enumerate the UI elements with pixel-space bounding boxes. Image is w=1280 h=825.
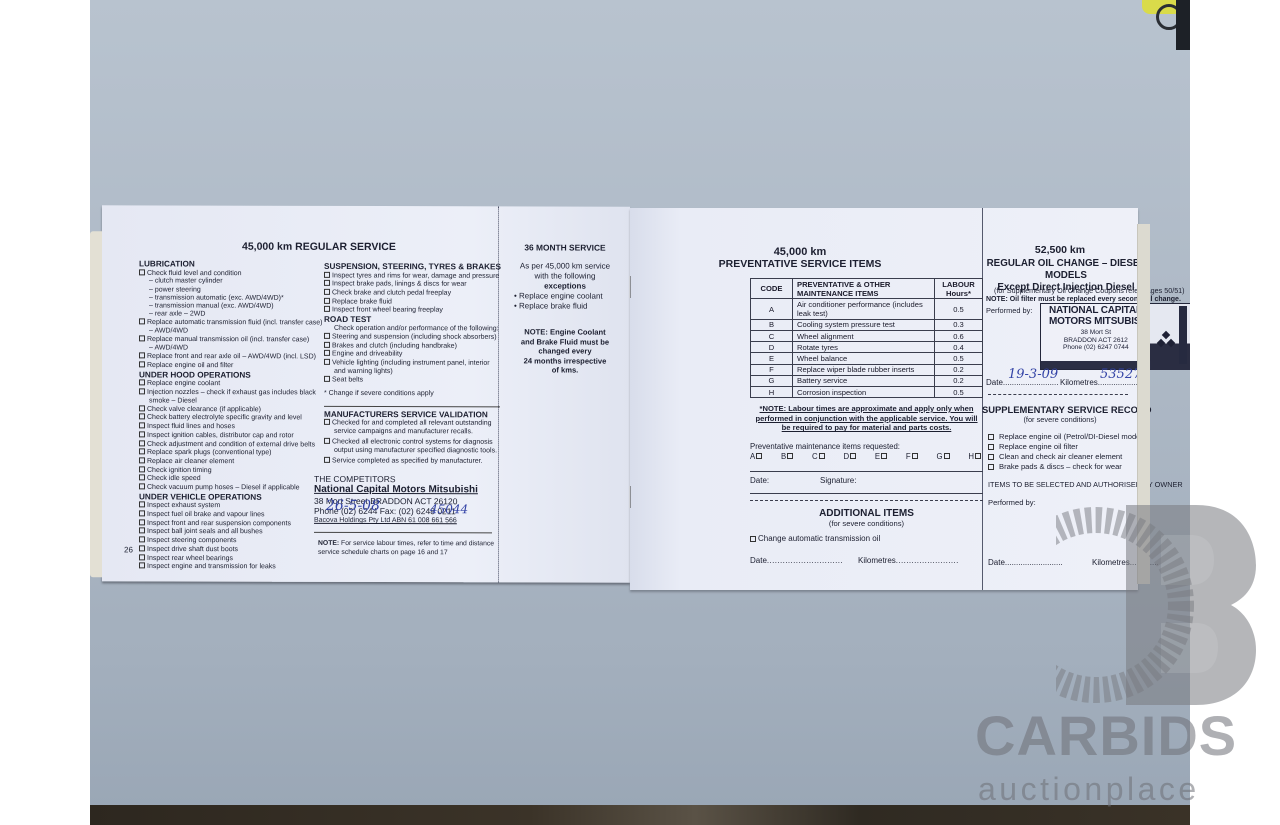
36-month-note: NOTE: Engine Coolantand Brake Fluid must… [510,327,620,375]
oil-date-field: Date......................... 19-3-09 [986,378,1058,387]
watermark-subtitle: auctionplace [978,772,1200,806]
handwritten-oil-km: 53527 [1100,370,1141,379]
checkbox[interactable] [139,475,145,481]
checkbox[interactable] [139,457,145,463]
36-month-service: 36 MONTH SERVICE As per 45,000 km servic… [510,242,620,375]
lubrication-heading: LUBRICATION [139,259,322,269]
handwritten-kilometres: 45044 [430,504,468,514]
oil-km-field: Kilometres...................... 53527 [1060,378,1147,387]
severe-footnote: * Change if severe conditions apply [324,390,501,399]
checkbox[interactable] [787,453,793,459]
checkbox[interactable] [324,419,330,425]
table-row: DRotate tyres0.4 [751,342,983,353]
table-row: CWheel alignment0.6 [751,331,983,342]
table-row: BCooling system pressure test0.3 [751,319,983,330]
supplementary-item[interactable]: Clean and check air cleaner element [988,452,1148,462]
request-code-a[interactable]: A [750,452,764,462]
checkbox[interactable] [324,438,330,444]
checkbox[interactable] [139,554,145,560]
checkbox[interactable] [139,519,145,525]
36-month-heading: 36 MONTH SERVICE [510,242,620,252]
date-label: Date: [750,476,769,485]
oil-change-title: REGULAR OIL CHANGE – DIESEL MODELS [986,258,1146,282]
under-vehicle-list: Inspect exhaust systemInspect fuel oil b… [139,502,322,572]
checklist-item[interactable]: Inspect fuel oil brake and vapour lines [139,510,322,519]
supplementary-item[interactable]: Brake pads & discs – check for wear [988,462,1148,472]
checkbox[interactable] [750,536,756,542]
checklist-item[interactable]: Inspect steering components [139,537,322,546]
request-code-e[interactable]: E [875,452,889,462]
checklist-item[interactable]: Inspect fluid lines and hoses [139,423,322,432]
checkbox[interactable] [988,434,994,440]
exception-item: • Replace brake fluid [514,301,620,311]
validation-list: Checked for and completed all relevant o… [324,419,501,466]
mitsubishi-logo-icon [1157,332,1175,350]
checkbox[interactable] [324,376,330,382]
checklist-item[interactable]: Check brake and clutch pedal freeplay [324,289,501,298]
checklist-item: smoke – Diesel [139,397,322,406]
checkbox[interactable] [139,483,145,489]
checkbox[interactable] [139,537,145,543]
service-booklet: 45,000 km REGULAR SERVICE LUBRICATION Ch… [102,204,1148,584]
oil-filter-note: NOTE: Oil filter must be replaced every … [986,296,1181,303]
request-code-f[interactable]: F [906,452,920,462]
checkbox[interactable] [139,423,145,429]
checkbox[interactable] [139,431,145,437]
coupon-reference: (for Supplementary Oil Change Coupons re… [994,286,1185,295]
checkbox[interactable] [324,289,330,295]
table-row: FReplace wiper blade rubber inserts0.2 [751,364,983,375]
request-code-c[interactable]: C [812,452,827,462]
checkbox[interactable] [139,528,145,534]
checkbox[interactable] [139,466,145,472]
validation-item[interactable]: Checked all electronic control systems f… [324,438,501,455]
checkbox[interactable] [988,464,994,470]
lubrication-list: Check fluid level and condition– clutch … [139,269,322,370]
checklist-item[interactable]: Inspect ignition cables, distributor cap… [139,431,322,440]
checkbox[interactable] [139,380,145,386]
table-row: EWheel balance0.5 [751,353,983,364]
validation-item[interactable]: Service completed as specified by manufa… [324,457,501,466]
checkbox[interactable] [139,361,145,367]
checkbox[interactable] [324,280,330,286]
preventative-request: Preventative maintenance items requested… [750,442,983,461]
checkbox[interactable] [756,453,762,459]
checklist-item[interactable]: Inspect drive shaft dust boots [139,545,322,554]
page-27: 45,000 km PREVENTATIVE SERVICE ITEMS COD… [630,208,1138,590]
supp-date-field: Date.......................... [988,558,1063,567]
floor-edge [90,805,1190,825]
checklist-item[interactable]: Steering and suspension (including shock… [324,333,501,342]
request-code-g[interactable]: G [936,452,951,462]
road-test-heading: ROAD TEST [324,315,501,325]
checkbox[interactable] [324,350,330,356]
staple [629,486,631,508]
watermark-brand: CARBIDS [975,706,1237,766]
dealer-rubber-stamp: NATIONAL CAPITAL MOTORS MITSUBISHI 38 Mo… [1040,303,1190,370]
checklist-item[interactable]: Replace engine oil and filter [139,361,322,370]
under-hood-list: Replace engine coolantInjection nozzles … [139,380,322,493]
checkbox[interactable] [975,453,981,459]
checkbox[interactable] [819,453,825,459]
supplementary-item[interactable]: Replace engine oil (Petrol/DI-Diesel mod… [988,432,1148,442]
checkbox[interactable] [324,298,330,304]
checkbox[interactable] [988,444,994,450]
column-divider [982,208,983,590]
checkbox[interactable] [139,269,145,275]
checkbox[interactable] [139,449,145,455]
checkbox[interactable] [324,271,330,277]
checklist-item[interactable]: Seat belts [324,376,501,385]
preventative-items-table: CODE PREVENTATIVE & OTHER MAINTENANCE IT… [750,278,983,398]
checkbox[interactable] [139,414,145,420]
signature-label: Signature: [820,476,856,485]
labour-disclaimer: *NOTE: Labour times are approximate and … [750,404,983,433]
page-26: 45,000 km REGULAR SERVICE LUBRICATION Ch… [102,205,630,582]
additional-km-field: Kilometres........................ [858,556,959,565]
checklist-item[interactable]: Replace front and rear axle oil – AWD/4W… [139,353,322,362]
page-number-26: 26 [124,545,133,554]
request-code-d[interactable]: D [843,452,858,462]
checklist-item[interactable]: Inspect engine and transmission for leak… [139,563,322,572]
column-header-items: PREVENTATIVE & OTHER MAINTENANCE ITEMS [793,279,935,299]
checklist-item[interactable]: Replace air cleaner element [139,457,322,466]
page-title-45000-service: 45,000 km REGULAR SERVICE [242,241,396,253]
column-header-labour: LABOUR Hours* [935,279,983,299]
checkbox[interactable] [139,353,145,359]
additional-items: ADDITIONAL ITEMS (for severe conditions) [750,508,983,528]
road-test-list: Steering and suspension (including shock… [324,333,501,385]
checkbox[interactable] [139,336,145,342]
checklist-item[interactable]: Replace spark plugs (conventional type) [139,449,322,458]
checkbox[interactable] [324,341,330,347]
checkbox[interactable] [912,453,918,459]
oil-change-section: 52,500 km [982,244,1138,256]
under-vehicle-heading: UNDER VEHICLE OPERATIONS [139,492,322,502]
checklist-item[interactable]: Replace engine coolant [139,380,322,389]
dealer-prefix: THE COMPETITORS [314,474,492,484]
lubrication-column: LUBRICATION Check fluid level and condit… [139,259,322,571]
supplementary-section: SUPPLEMENTARY SERVICE RECORD (for severe… [982,404,1138,424]
checkbox[interactable] [139,502,145,508]
checkbox[interactable] [988,454,994,460]
supplementary-list: Replace engine oil (Petrol/DI-Diesel mod… [988,432,1148,472]
checkbox[interactable] [139,545,145,551]
request-code-b[interactable]: B [781,452,795,462]
owner-authorise-note: ITEMS TO BE SELECTED AND AUTHORISED BY O… [988,480,1183,489]
additional-item-checkbox[interactable]: Change automatic transmission oil [750,534,880,543]
checkbox[interactable] [139,405,145,411]
supp-performed-by: Performed by: [988,498,1036,507]
exception-item: • Replace engine coolant [514,291,620,301]
checkbox[interactable] [139,388,145,394]
divider [324,406,500,407]
checkbox[interactable] [139,440,145,446]
checkbox[interactable] [139,319,145,325]
table-row: GBattery service0.2 [751,375,983,386]
photo-background: 45,000 km REGULAR SERVICE LUBRICATION Ch… [90,0,1190,825]
supplementary-item[interactable]: Replace engine oil filter [988,442,1148,452]
additional-date-field: Date............................. [750,556,843,565]
checkbox[interactable] [944,453,950,459]
staple [629,276,631,298]
key-fob [1142,0,1190,50]
suspension-heading: SUSPENSION, STEERING, TYRES & BRAKES [324,262,501,272]
validation-heading: MANUFACTURERS SERVICE VALIDATION [324,410,501,420]
dealer-stamp: THE COMPETITORS National Capital Motors … [314,474,492,533]
supp-km-field: Kilometres............. [1092,558,1159,567]
suspension-list: Inspect tyres and rims for wear, damage … [324,271,501,315]
checkbox[interactable] [324,306,330,312]
handwritten-date: 26-5-08 [326,501,380,511]
labour-times-note: NOTE: For service labour times, refer to… [318,540,494,557]
validation-item[interactable]: Checked for and completed all relevant o… [324,419,501,436]
checkbox[interactable] [139,563,145,569]
request-code-h[interactable]: H [968,452,983,462]
table-row: HCorrosion inspection0.5 [751,387,983,398]
checkbox[interactable] [850,453,856,459]
under-hood-heading: UNDER HOOD OPERATIONS [139,370,322,380]
checkbox[interactable] [881,453,887,459]
checkbox[interactable] [139,510,145,516]
dealer-name: National Capital Motors Mitsubishi [314,484,492,496]
checkbox[interactable] [324,333,330,339]
column-header-code: CODE [751,279,793,299]
table-row: AAir conditioner performance (includes l… [751,299,983,319]
checkbox[interactable] [324,359,330,365]
suspension-column: SUSPENSION, STEERING, TYRES & BRAKES Ins… [324,262,501,468]
checklist-item[interactable]: Check vacuum pump hoses – Diesel if appl… [139,483,322,492]
performed-by-label: Performed by: [986,306,1032,315]
handwritten-oil-date: 19-3-09 [1008,370,1058,379]
preventative-title: 45,000 km PREVENTATIVE SERVICE ITEMS [620,246,980,270]
dealer-abn: Bacova Holdings Pty Ltd ABN 61 008 661 5… [314,516,492,526]
checkbox[interactable] [324,457,330,463]
